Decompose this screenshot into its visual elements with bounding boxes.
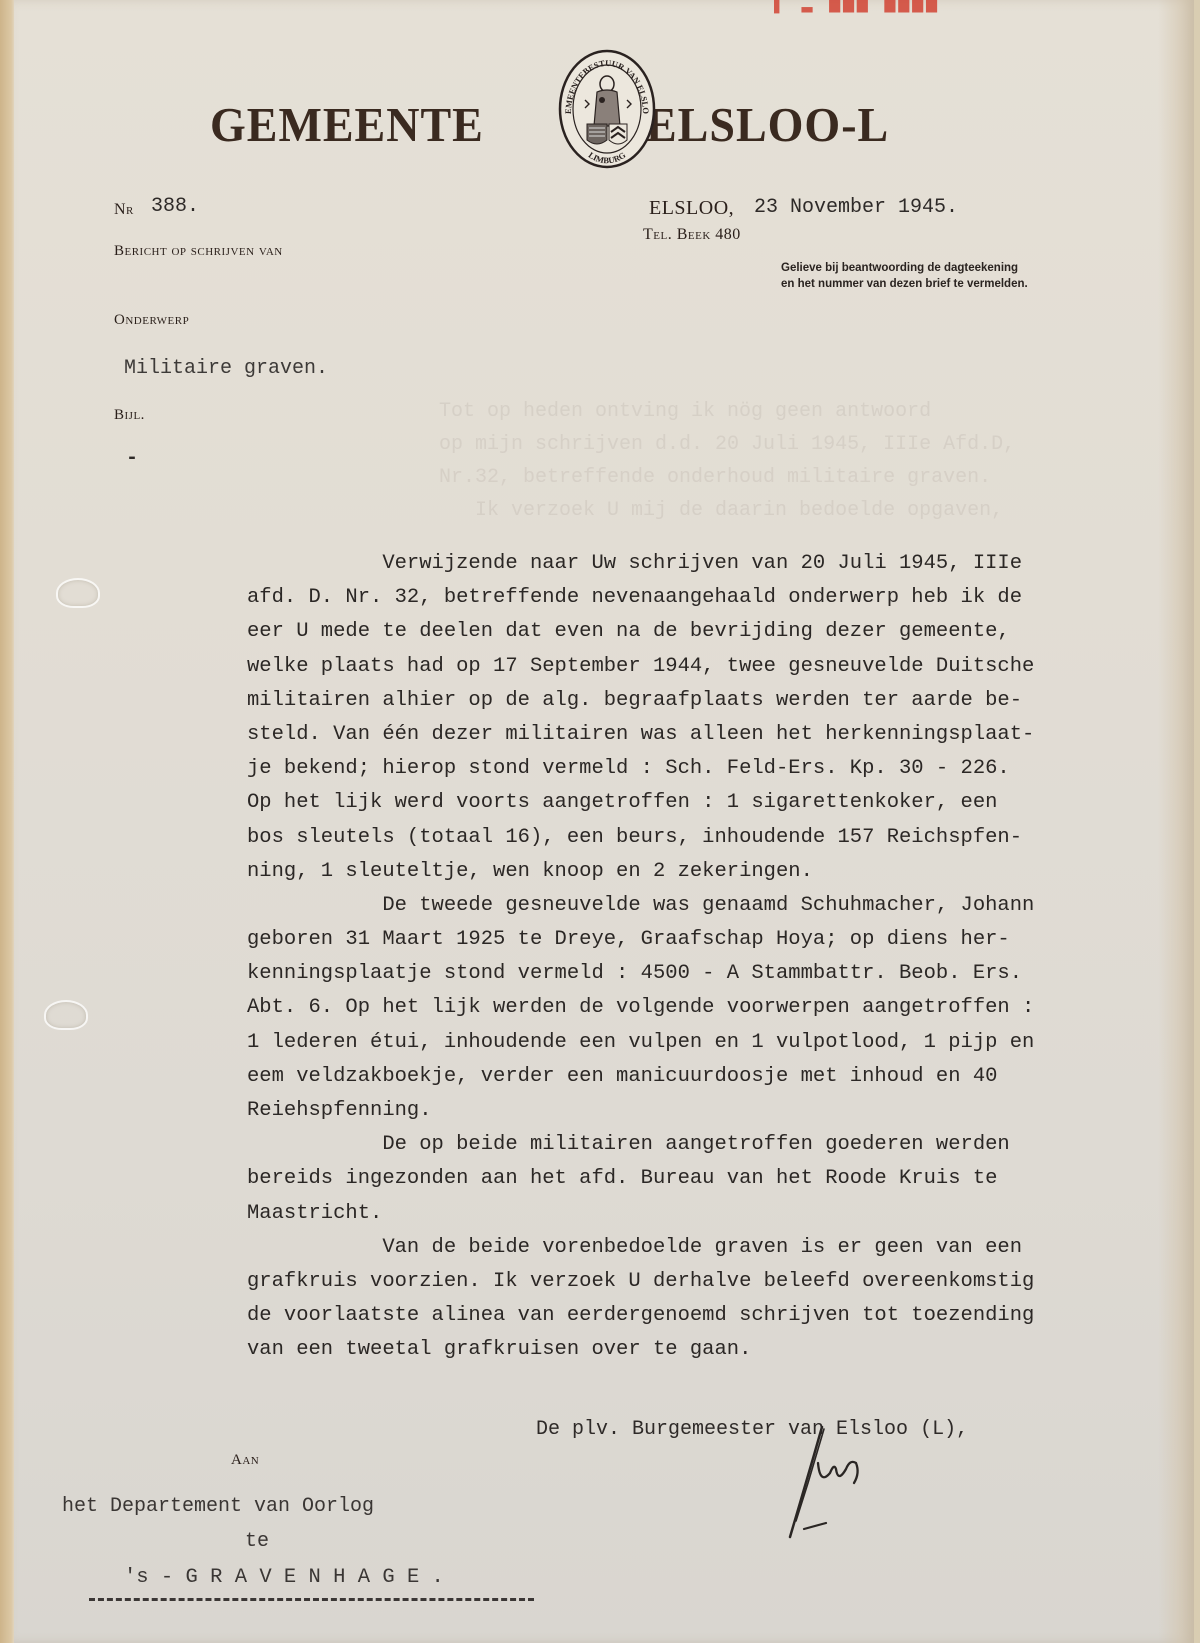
addressee-line-te: te xyxy=(245,1530,269,1553)
body-line: eer U mede te deelen dat even na de bevr… xyxy=(247,615,1187,649)
body-line: eem veldzakboekje, verder een manicuurdo… xyxy=(247,1060,1187,1094)
body-line: Verwijzende naar Uw schrijven van 20 Jul… xyxy=(247,547,1187,581)
body-line: geboren 31 Maart 1925 te Dreye, Graafsch… xyxy=(247,923,1187,957)
body-line: je bekend; hierop stond vermeld : Sch. F… xyxy=(247,752,1187,786)
reply-notice: Gelieve bij beantwoording de dagteekenin… xyxy=(781,260,1028,292)
letter-body: Verwijzende naar Uw schrijven van 20 Jul… xyxy=(247,547,1187,1368)
page-edge-shadow xyxy=(1158,0,1194,1643)
body-line: De tweede gesneuvelde was genaamd Schuhm… xyxy=(247,889,1187,923)
body-line: Op het lijk werd voorts aangetroffen : 1… xyxy=(247,786,1187,820)
body-line: afd. D. Nr. 32, betreffende nevenaangeha… xyxy=(247,581,1187,615)
body-line: De op beide militairen aangetroffen goed… xyxy=(247,1128,1187,1162)
body-line: militairen alhier op de alg. begraafplaa… xyxy=(247,684,1187,718)
body-line: grafkruis voorzien. Ik verzoek U derhalv… xyxy=(247,1265,1187,1299)
handwritten-signature-icon xyxy=(774,1425,884,1545)
punch-hole xyxy=(56,578,100,608)
bleed-through-text: Tot op heden ontving ik nög geen antwoor… xyxy=(439,395,1015,527)
phone-number: Tel. Beek 480 xyxy=(643,226,741,244)
body-line: de voorlaatste alinea van eerdergenoemd … xyxy=(247,1299,1187,1333)
letter-number: 388. xyxy=(151,195,199,218)
reply-notice-line: Gelieve bij beantwoording de dagteekenin… xyxy=(781,260,1028,276)
body-line: van een tweetal grafkruisen over te gaan… xyxy=(247,1333,1187,1367)
body-line: steld. Van één dezer militairen was alle… xyxy=(247,718,1187,752)
body-line: Van de beide vorenbedoelde graven is er … xyxy=(247,1231,1187,1265)
municipal-seal-icon: GEMEENTEBESTUUR VAN ELSLOO LIMBURG xyxy=(557,48,657,170)
letter-date: 23 November 1945. xyxy=(754,196,958,219)
addressee-line-city: 's - G R A V E N H A G E . xyxy=(124,1566,444,1589)
body-line: bos sleutels (totaal 16), een beurs, inh… xyxy=(247,821,1187,855)
place-name: ELSLOO, xyxy=(649,197,734,220)
body-line: 1 lederen étui, inhoudende een vulpen en… xyxy=(247,1026,1187,1060)
body-line: kenningsplaatje stond vermeld : 4500 - A… xyxy=(247,957,1187,991)
addressee-line-department: het Departement van Oorlog xyxy=(62,1495,374,1518)
addressee-label: Aan xyxy=(231,1452,259,1469)
body-line: Reiehspfenning. xyxy=(247,1094,1187,1128)
red-stamp-fragment: ▌ ▂ ▆▆▆ ▆▆▆▆ xyxy=(774,0,940,14)
letterhead-gemeente: GEMEENTE xyxy=(210,97,484,153)
underline-rule xyxy=(89,1598,534,1601)
reply-to-label: Bericht op schrijven van xyxy=(114,243,283,260)
letter-page: ▌ ▂ ▆▆▆ ▆▆▆▆ Tot op heden ontving ik nög… xyxy=(14,0,1194,1643)
body-line: ning, 1 sleuteltje, wen knoop en 2 zeker… xyxy=(247,855,1187,889)
body-line: Maastricht. xyxy=(247,1197,1187,1231)
signatory-line: De plv. Burgemeester van Elsloo (L), xyxy=(536,1418,968,1441)
attachments-label: Bijl. xyxy=(114,407,145,424)
body-line: welke plaats had op 17 September 1944, t… xyxy=(247,650,1187,684)
letterhead-elsloo: ELSLOO-L xyxy=(646,97,889,153)
number-label: Nr xyxy=(114,201,134,219)
body-line: bereids ingezonden aan het afd. Bureau v… xyxy=(247,1162,1187,1196)
subject-label: Onderwerp xyxy=(114,312,189,329)
attachments-value: - xyxy=(126,447,138,470)
punch-hole xyxy=(44,1000,88,1030)
subject-value: Militaire graven. xyxy=(124,357,328,380)
body-line: Abt. 6. Op het lijk werden de volgende v… xyxy=(247,991,1187,1025)
reply-notice-line: en het nummer van dezen brief te vermeld… xyxy=(781,276,1028,292)
